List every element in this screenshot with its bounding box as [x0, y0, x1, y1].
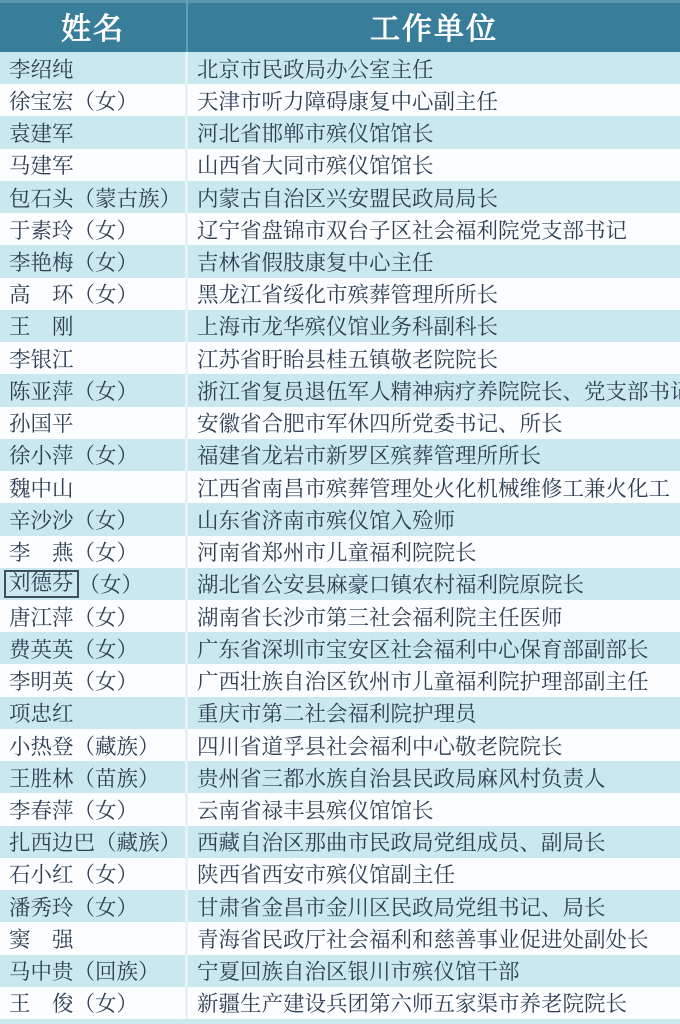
table-row: 徐宝宏（女）天津市听力障碍康复中心副主任 — [0, 84, 680, 116]
table-row: 扎西边巴（藏族）西藏自治区那曲市民政局党组成员、副局长 — [0, 826, 680, 858]
name-cell: 徐小萍（女） — [0, 439, 188, 471]
unit-cell: 湖北省公安县麻豪口镇农村福利院原院长 — [188, 568, 680, 600]
unit-cell: 湖南省长沙市第三社会福利院主任医师 — [188, 600, 680, 632]
unit-cell: 山西省大同市殡仪馆馆长 — [188, 149, 680, 181]
table-row: 马建军山西省大同市殡仪馆馆长 — [0, 149, 680, 181]
name-cell: 袁建军 — [0, 116, 188, 148]
table-row: 李春萍（女）云南省禄丰县殡仪馆馆长 — [0, 793, 680, 825]
unit-cell: 广西壮族自治区钦州市儿童福利院护理部副主任 — [188, 664, 680, 696]
table-row: 李艳梅（女）吉林省假肢康复中心主任 — [0, 245, 680, 277]
partial-next-row — [0, 1019, 680, 1024]
name-cell: 王胜林（苗族） — [0, 761, 188, 793]
unit-cell: 吉林省假肢康复中心主任 — [188, 245, 680, 277]
table-row: 陈亚萍（女）浙江省复员退伍军人精神病疗养院院长、党支部书记 — [0, 374, 680, 406]
unit-cell: 上海市龙华殡仪馆业务科副科长 — [188, 310, 680, 342]
table-row: 唐江萍（女）湖南省长沙市第三社会福利院主任医师 — [0, 600, 680, 632]
table-body: 李绍纯北京市民政局办公室主任徐宝宏（女）天津市听力障碍康复中心副主任袁建军河北省… — [0, 52, 680, 1019]
unit-cell: 陕西省西安市殡仪馆副主任 — [188, 858, 680, 890]
name-cell: 王 刚 — [0, 310, 188, 342]
table-row: 孙国平安徽省合肥市军休四所党委书记、所长 — [0, 407, 680, 439]
unit-cell: 新疆生产建设兵团第六师五家渠市养老院院长 — [188, 987, 680, 1019]
award-recipients-table: 姓名 工作单位 李绍纯北京市民政局办公室主任徐宝宏（女）天津市听力障碍康复中心副… — [0, 0, 680, 1024]
table-row: 辛沙沙（女）山东省济南市殡仪馆入殓师 — [0, 503, 680, 535]
name-cell: 包石头（蒙古族） — [0, 181, 188, 213]
table-row: 项忠红重庆市第二社会福利院护理员 — [0, 697, 680, 729]
table-row: 李 燕（女）河南省郑州市儿童福利院院长 — [0, 536, 680, 568]
name-cell: 石小红（女） — [0, 858, 188, 890]
name-cell: 于素玲（女） — [0, 213, 188, 245]
name-cell: 扎西边巴（藏族） — [0, 826, 188, 858]
name-cell: 马建军 — [0, 149, 188, 181]
unit-cell: 江西省南昌市殡葬管理处火化机械维修工兼火化工 — [188, 471, 680, 503]
name-cell: 窦 强 — [0, 922, 188, 954]
table-row: 王 俊（女）新疆生产建设兵团第六师五家渠市养老院院长 — [0, 987, 680, 1019]
name-cell: 唐江萍（女） — [0, 600, 188, 632]
name-cell: 王 俊（女） — [0, 987, 188, 1019]
name-cell: 孙国平 — [0, 407, 188, 439]
name-cell: 陈亚萍（女） — [0, 374, 188, 406]
name-cell: 项忠红 — [0, 697, 188, 729]
table-row: 李银江江苏省盱眙县桂五镇敬老院院长 — [0, 342, 680, 374]
table-header-row: 姓名 工作单位 — [0, 0, 680, 52]
table-row: 窦 强青海省民政厅社会福利和慈善事业促进处副处长 — [0, 922, 680, 954]
name-cell: 李艳梅（女） — [0, 245, 188, 277]
table-row: 刘德芬（女）湖北省公安县麻豪口镇农村福利院原院长 — [0, 568, 680, 600]
table-row: 潘秀玲（女）甘肃省金昌市金川区民政局党组书记、局长 — [0, 890, 680, 922]
name-cell: 刘德芬（女） — [0, 568, 188, 600]
name-suffix: （女） — [79, 568, 144, 599]
unit-cell: 四川省道孚县社会福利中心敬老院院长 — [188, 729, 680, 761]
unit-cell: 黑龙江省绥化市殡葬管理所所长 — [188, 278, 680, 310]
unit-cell: 福建省龙岩市新罗区殡葬管理所所长 — [188, 439, 680, 471]
table-row: 徐小萍（女）福建省龙岩市新罗区殡葬管理所所长 — [0, 439, 680, 471]
name-cell: 李明英（女） — [0, 664, 188, 696]
unit-cell: 广东省深圳市宝安区社会福利中心保育部副部长 — [188, 632, 680, 664]
unit-cell: 天津市听力障碍康复中心副主任 — [188, 84, 680, 116]
name-cell: 徐宝宏（女） — [0, 84, 188, 116]
table-row: 魏中山江西省南昌市殡葬管理处火化机械维修工兼火化工 — [0, 471, 680, 503]
table-row: 李绍纯北京市民政局办公室主任 — [0, 52, 680, 84]
unit-cell: 浙江省复员退伍军人精神病疗养院院长、党支部书记 — [188, 374, 680, 406]
table-row: 包石头（蒙古族）内蒙古自治区兴安盟民政局局长 — [0, 181, 680, 213]
name-cell: 李 燕（女） — [0, 536, 188, 568]
name-cell: 李银江 — [0, 342, 188, 374]
unit-cell: 青海省民政厅社会福利和慈善事业促进处副处长 — [188, 922, 680, 954]
table-row: 高 环（女）黑龙江省绥化市殡葬管理所所长 — [0, 278, 680, 310]
table-row: 王胜林（苗族）贵州省三都水族自治县民政局麻风村负责人 — [0, 761, 680, 793]
unit-cell: 云南省禄丰县殡仪馆馆长 — [188, 793, 680, 825]
unit-cell: 北京市民政局办公室主任 — [188, 52, 680, 84]
name-cell: 李绍纯 — [0, 52, 188, 84]
name-cell: 高 环（女） — [0, 278, 188, 310]
unit-cell: 江苏省盱眙县桂五镇敬老院院长 — [188, 342, 680, 374]
unit-cell: 西藏自治区那曲市民政局党组成员、副局长 — [188, 826, 680, 858]
table-row: 李明英（女）广西壮族自治区钦州市儿童福利院护理部副主任 — [0, 664, 680, 696]
column-header-unit: 工作单位 — [188, 0, 680, 52]
unit-cell: 河北省邯郸市殡仪馆馆长 — [188, 116, 680, 148]
unit-cell: 贵州省三都水族自治县民政局麻风村负责人 — [188, 761, 680, 793]
table-row: 王 刚上海市龙华殡仪馆业务科副科长 — [0, 310, 680, 342]
table-row: 费英英（女）广东省深圳市宝安区社会福利中心保育部副部长 — [0, 632, 680, 664]
name-cell: 魏中山 — [0, 471, 188, 503]
unit-cell: 山东省济南市殡仪馆入殓师 — [188, 503, 680, 535]
unit-cell: 内蒙古自治区兴安盟民政局局长 — [188, 181, 680, 213]
name-cell: 李春萍（女） — [0, 793, 188, 825]
table-row: 石小红（女）陕西省西安市殡仪馆副主任 — [0, 858, 680, 890]
unit-cell: 重庆市第二社会福利院护理员 — [188, 697, 680, 729]
unit-cell: 宁夏回族自治区银川市殡仪馆干部 — [188, 955, 680, 987]
name-cell: 辛沙沙（女） — [0, 503, 188, 535]
unit-cell: 甘肃省金昌市金川区民政局党组书记、局长 — [188, 890, 680, 922]
name-cell: 费英英（女） — [0, 632, 188, 664]
table-row: 马中贵（回族）宁夏回族自治区银川市殡仪馆干部 — [0, 955, 680, 987]
name-cell: 小热登（藏族） — [0, 729, 188, 761]
boxed-name: 刘德芬 — [4, 570, 79, 599]
unit-cell: 安徽省合肥市军休四所党委书记、所长 — [188, 407, 680, 439]
column-header-name: 姓名 — [0, 0, 188, 52]
name-cell: 潘秀玲（女） — [0, 890, 188, 922]
unit-cell: 河南省郑州市儿童福利院院长 — [188, 536, 680, 568]
unit-cell: 辽宁省盘锦市双台子区社会福利院党支部书记 — [188, 213, 680, 245]
table-row: 小热登（藏族）四川省道孚县社会福利中心敬老院院长 — [0, 729, 680, 761]
name-cell: 马中贵（回族） — [0, 955, 188, 987]
table-row: 袁建军河北省邯郸市殡仪馆馆长 — [0, 116, 680, 148]
table-row: 于素玲（女）辽宁省盘锦市双台子区社会福利院党支部书记 — [0, 213, 680, 245]
